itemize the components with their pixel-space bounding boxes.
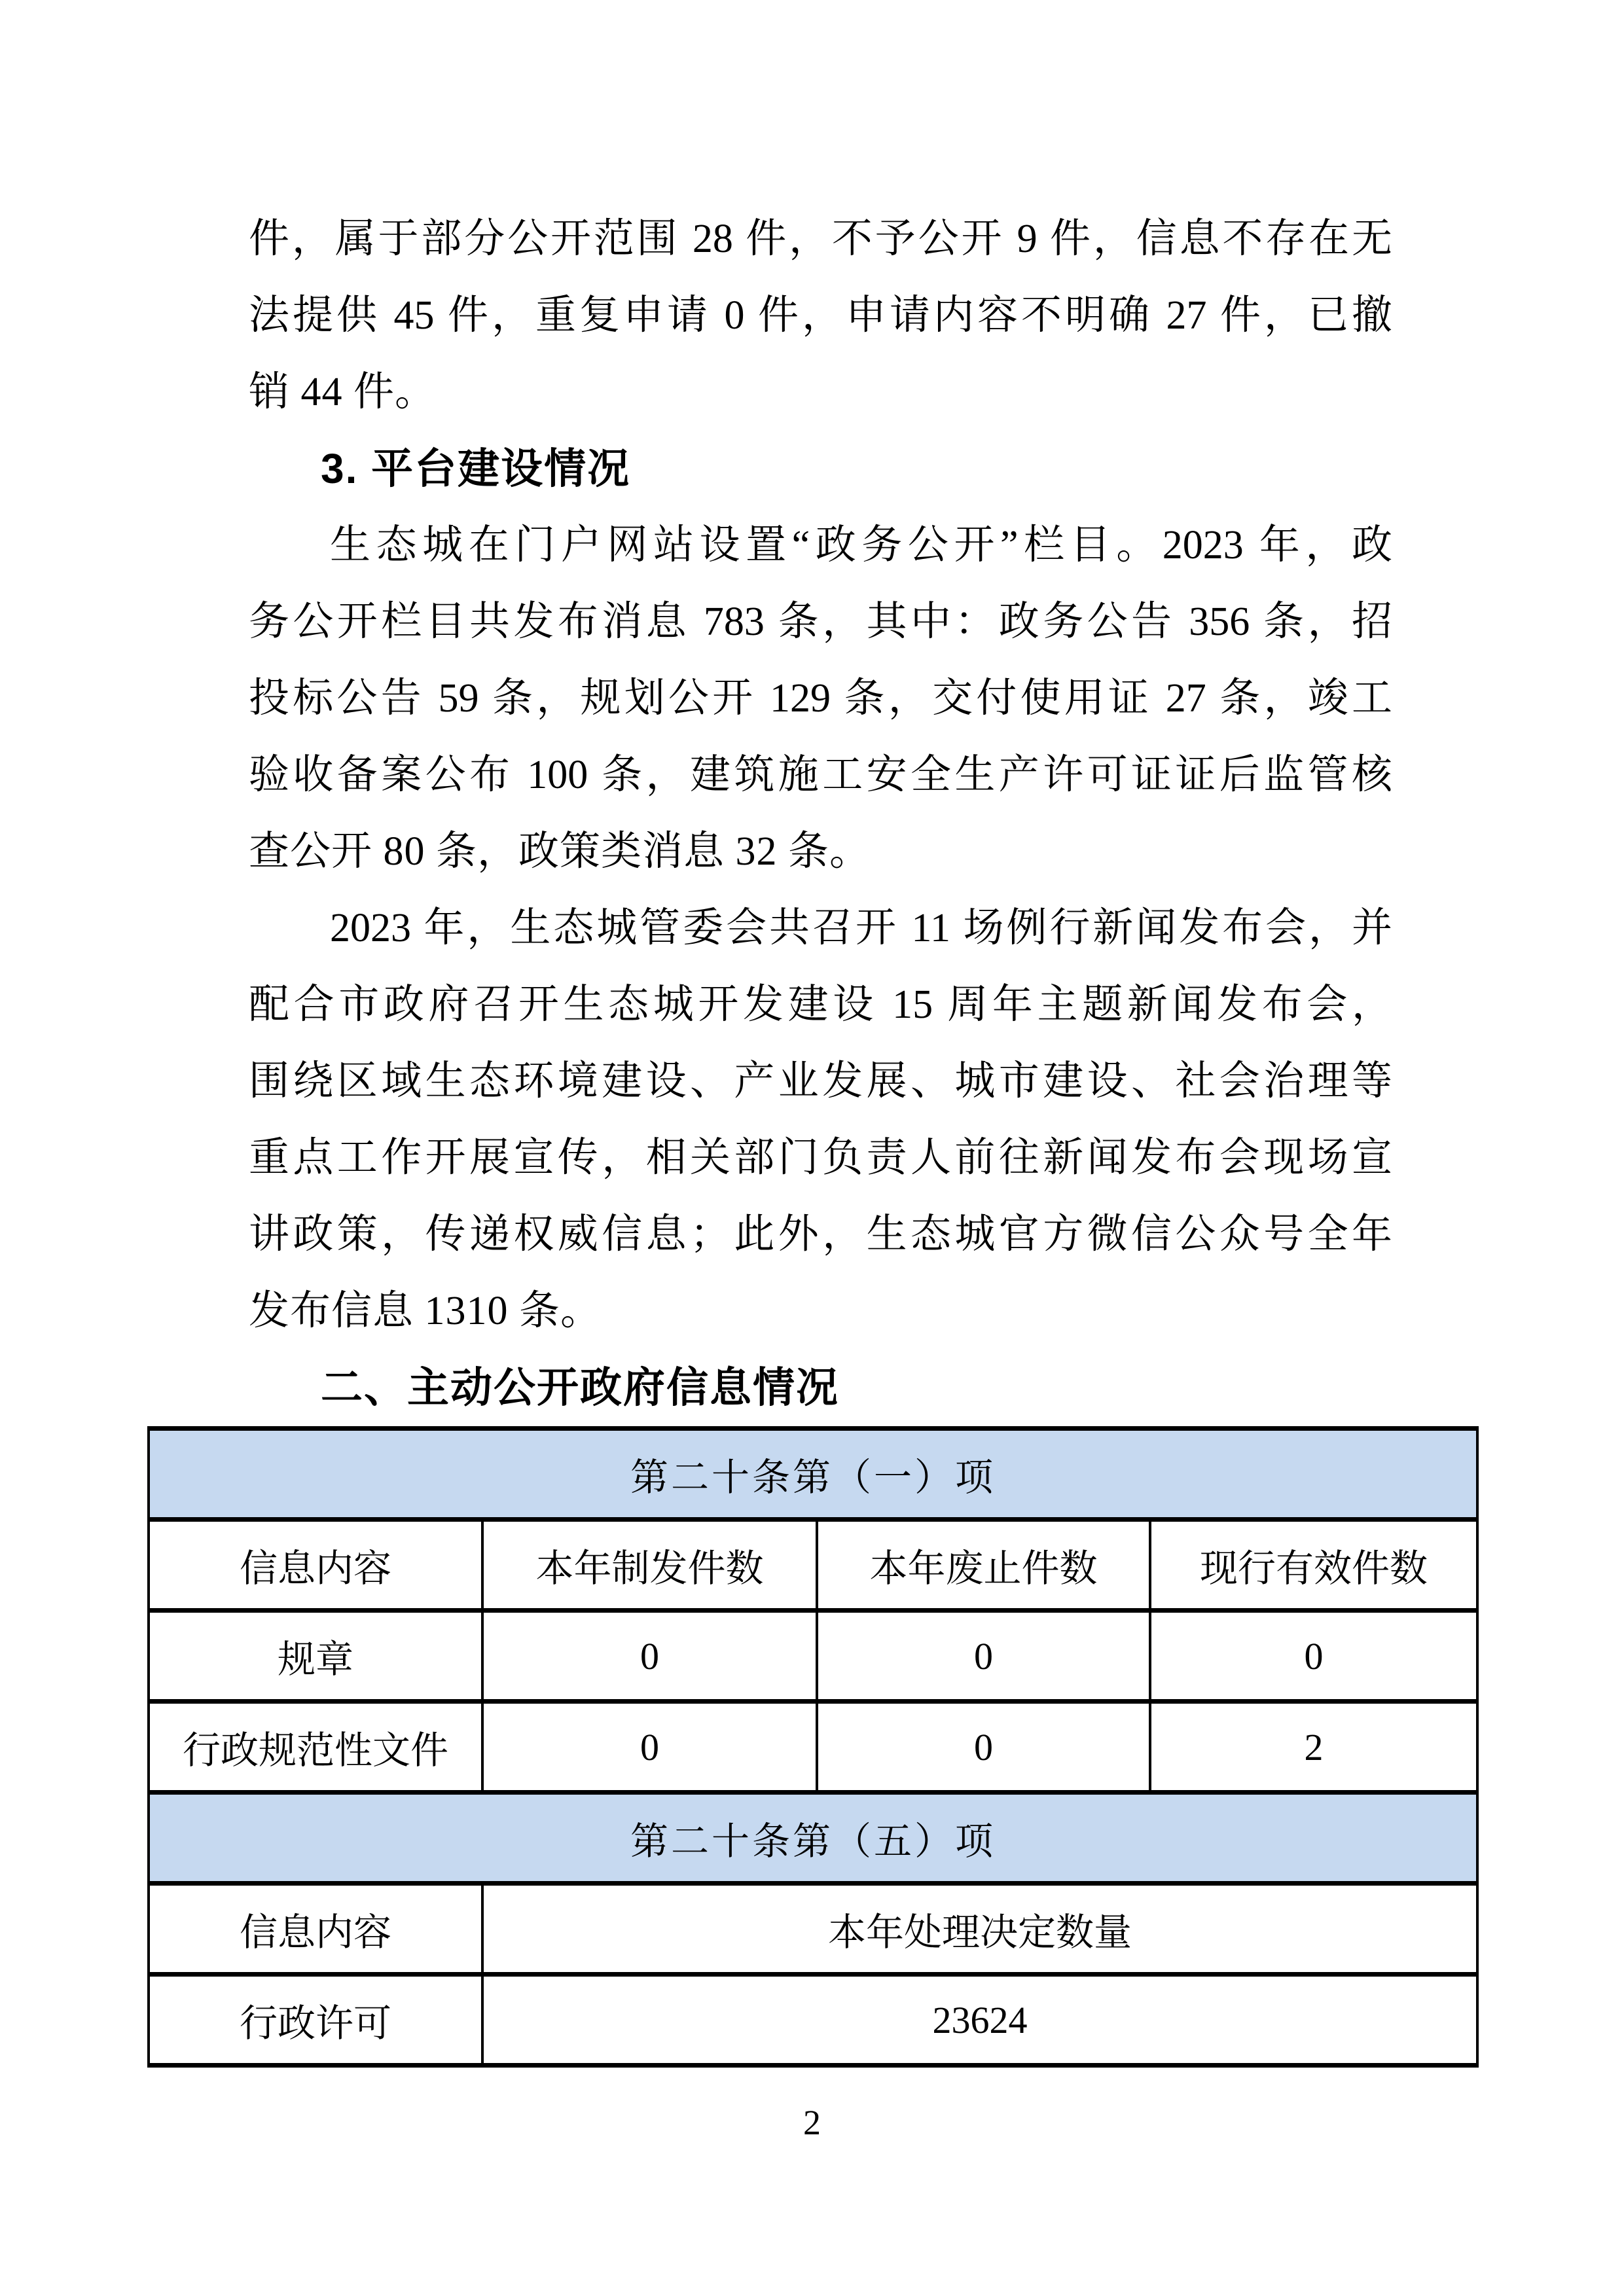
section-heading-proactive: 二、主动公开政府信息情况 xyxy=(249,1350,1392,1426)
paragraph-line: 生态城在门户网站设置“政务公开”栏目。2023 年，政 xyxy=(249,507,1392,584)
band-title-article20-item1: 第二十条第（一）项 xyxy=(149,1429,1477,1520)
table-header-row: 信息内容 本年制发件数 本年废止件数 现行有效件数 xyxy=(149,1520,1477,1611)
cell-value: 0 xyxy=(482,1611,817,1702)
cell-value: 0 xyxy=(817,1702,1150,1793)
cell-value: 0 xyxy=(1150,1611,1477,1702)
paragraph-line: 验收备案公布 100 条，建筑施工安全生产许可证证后监管核 xyxy=(249,737,1392,814)
paragraph-line: 投标公告 59 条，规划公开 129 条，交付使用证 27 条，竣工 xyxy=(249,660,1392,737)
disclosure-table: 第二十条第（一）项 信息内容 本年制发件数 本年废止件数 现行有效件数 规章 0… xyxy=(147,1426,1479,2068)
paragraph-line: 2023 年，生态城管委会共召开 11 场例行新闻发布会，并 xyxy=(249,890,1392,967)
table-header-row: 信息内容 本年处理决定数量 xyxy=(149,1884,1477,1975)
paragraph-line: 务公开栏目共发布消息 783 条，其中：政务公告 356 条，招 xyxy=(249,584,1392,660)
column-header-info-content: 信息内容 xyxy=(149,1884,482,1975)
band-title-article20-item5: 第二十条第（五）项 xyxy=(149,1793,1477,1884)
cell-value: 0 xyxy=(482,1702,817,1793)
paragraph-line: 销 44 件。 xyxy=(249,354,1392,431)
paragraph-line: 重点工作开展宣传，相关部门负责人前往新闻发布会现场宣 xyxy=(249,1120,1392,1196)
row-label-normative-documents: 行政规范性文件 xyxy=(149,1702,482,1793)
column-header-valid: 现行有效件数 xyxy=(1150,1520,1477,1611)
column-header-issued: 本年制发件数 xyxy=(482,1520,817,1611)
table-band-row: 第二十条第（五）项 xyxy=(149,1793,1477,1884)
row-label-regulations: 规章 xyxy=(149,1611,482,1702)
column-header-abolished: 本年废止件数 xyxy=(817,1520,1150,1611)
page-number: 2 xyxy=(0,2103,1624,2142)
section-heading-platform: 3. 平台建设情况 xyxy=(249,431,1392,507)
document-page: { "page": { "number": "2", "background":… xyxy=(0,0,1624,2296)
table-band-row: 第二十条第（一）项 xyxy=(149,1429,1477,1520)
document-body: 件，属于部分公开范围 28 件，不予公开 9 件，信息不存在无 法提供 45 件… xyxy=(249,0,1392,2068)
cell-value: 2 xyxy=(1150,1702,1477,1793)
paragraph-line: 件，属于部分公开范围 28 件，不予公开 9 件，信息不存在无 xyxy=(249,201,1392,278)
paragraph-line: 讲政策，传递权威信息；此外，生态城官方微信公众号全年 xyxy=(249,1196,1392,1273)
paragraph-line: 围绕区域生态环境建设、产业发展、城市建设、社会治理等 xyxy=(249,1043,1392,1120)
table-row: 行政规范性文件 0 0 2 xyxy=(149,1702,1477,1793)
cell-value: 0 xyxy=(817,1611,1150,1702)
table-row: 规章 0 0 0 xyxy=(149,1611,1477,1702)
paragraph-line: 法提供 45 件，重复申请 0 件，申请内容不明确 27 件，已撤 xyxy=(249,278,1392,354)
paragraph-line: 发布信息 1310 条。 xyxy=(249,1273,1392,1350)
paragraph-line: 查公开 80 条，政策类消息 32 条。 xyxy=(249,814,1392,890)
row-label-administrative-licensing: 行政许可 xyxy=(149,1975,482,2066)
column-header-decisions: 本年处理决定数量 xyxy=(482,1884,1477,1975)
paragraph-line: 配合市政府召开生态城开发建设 15 周年主题新闻发布会， xyxy=(249,967,1392,1043)
column-header-info-content: 信息内容 xyxy=(149,1520,482,1611)
cell-value: 23624 xyxy=(482,1975,1477,2066)
table-row: 行政许可 23624 xyxy=(149,1975,1477,2066)
